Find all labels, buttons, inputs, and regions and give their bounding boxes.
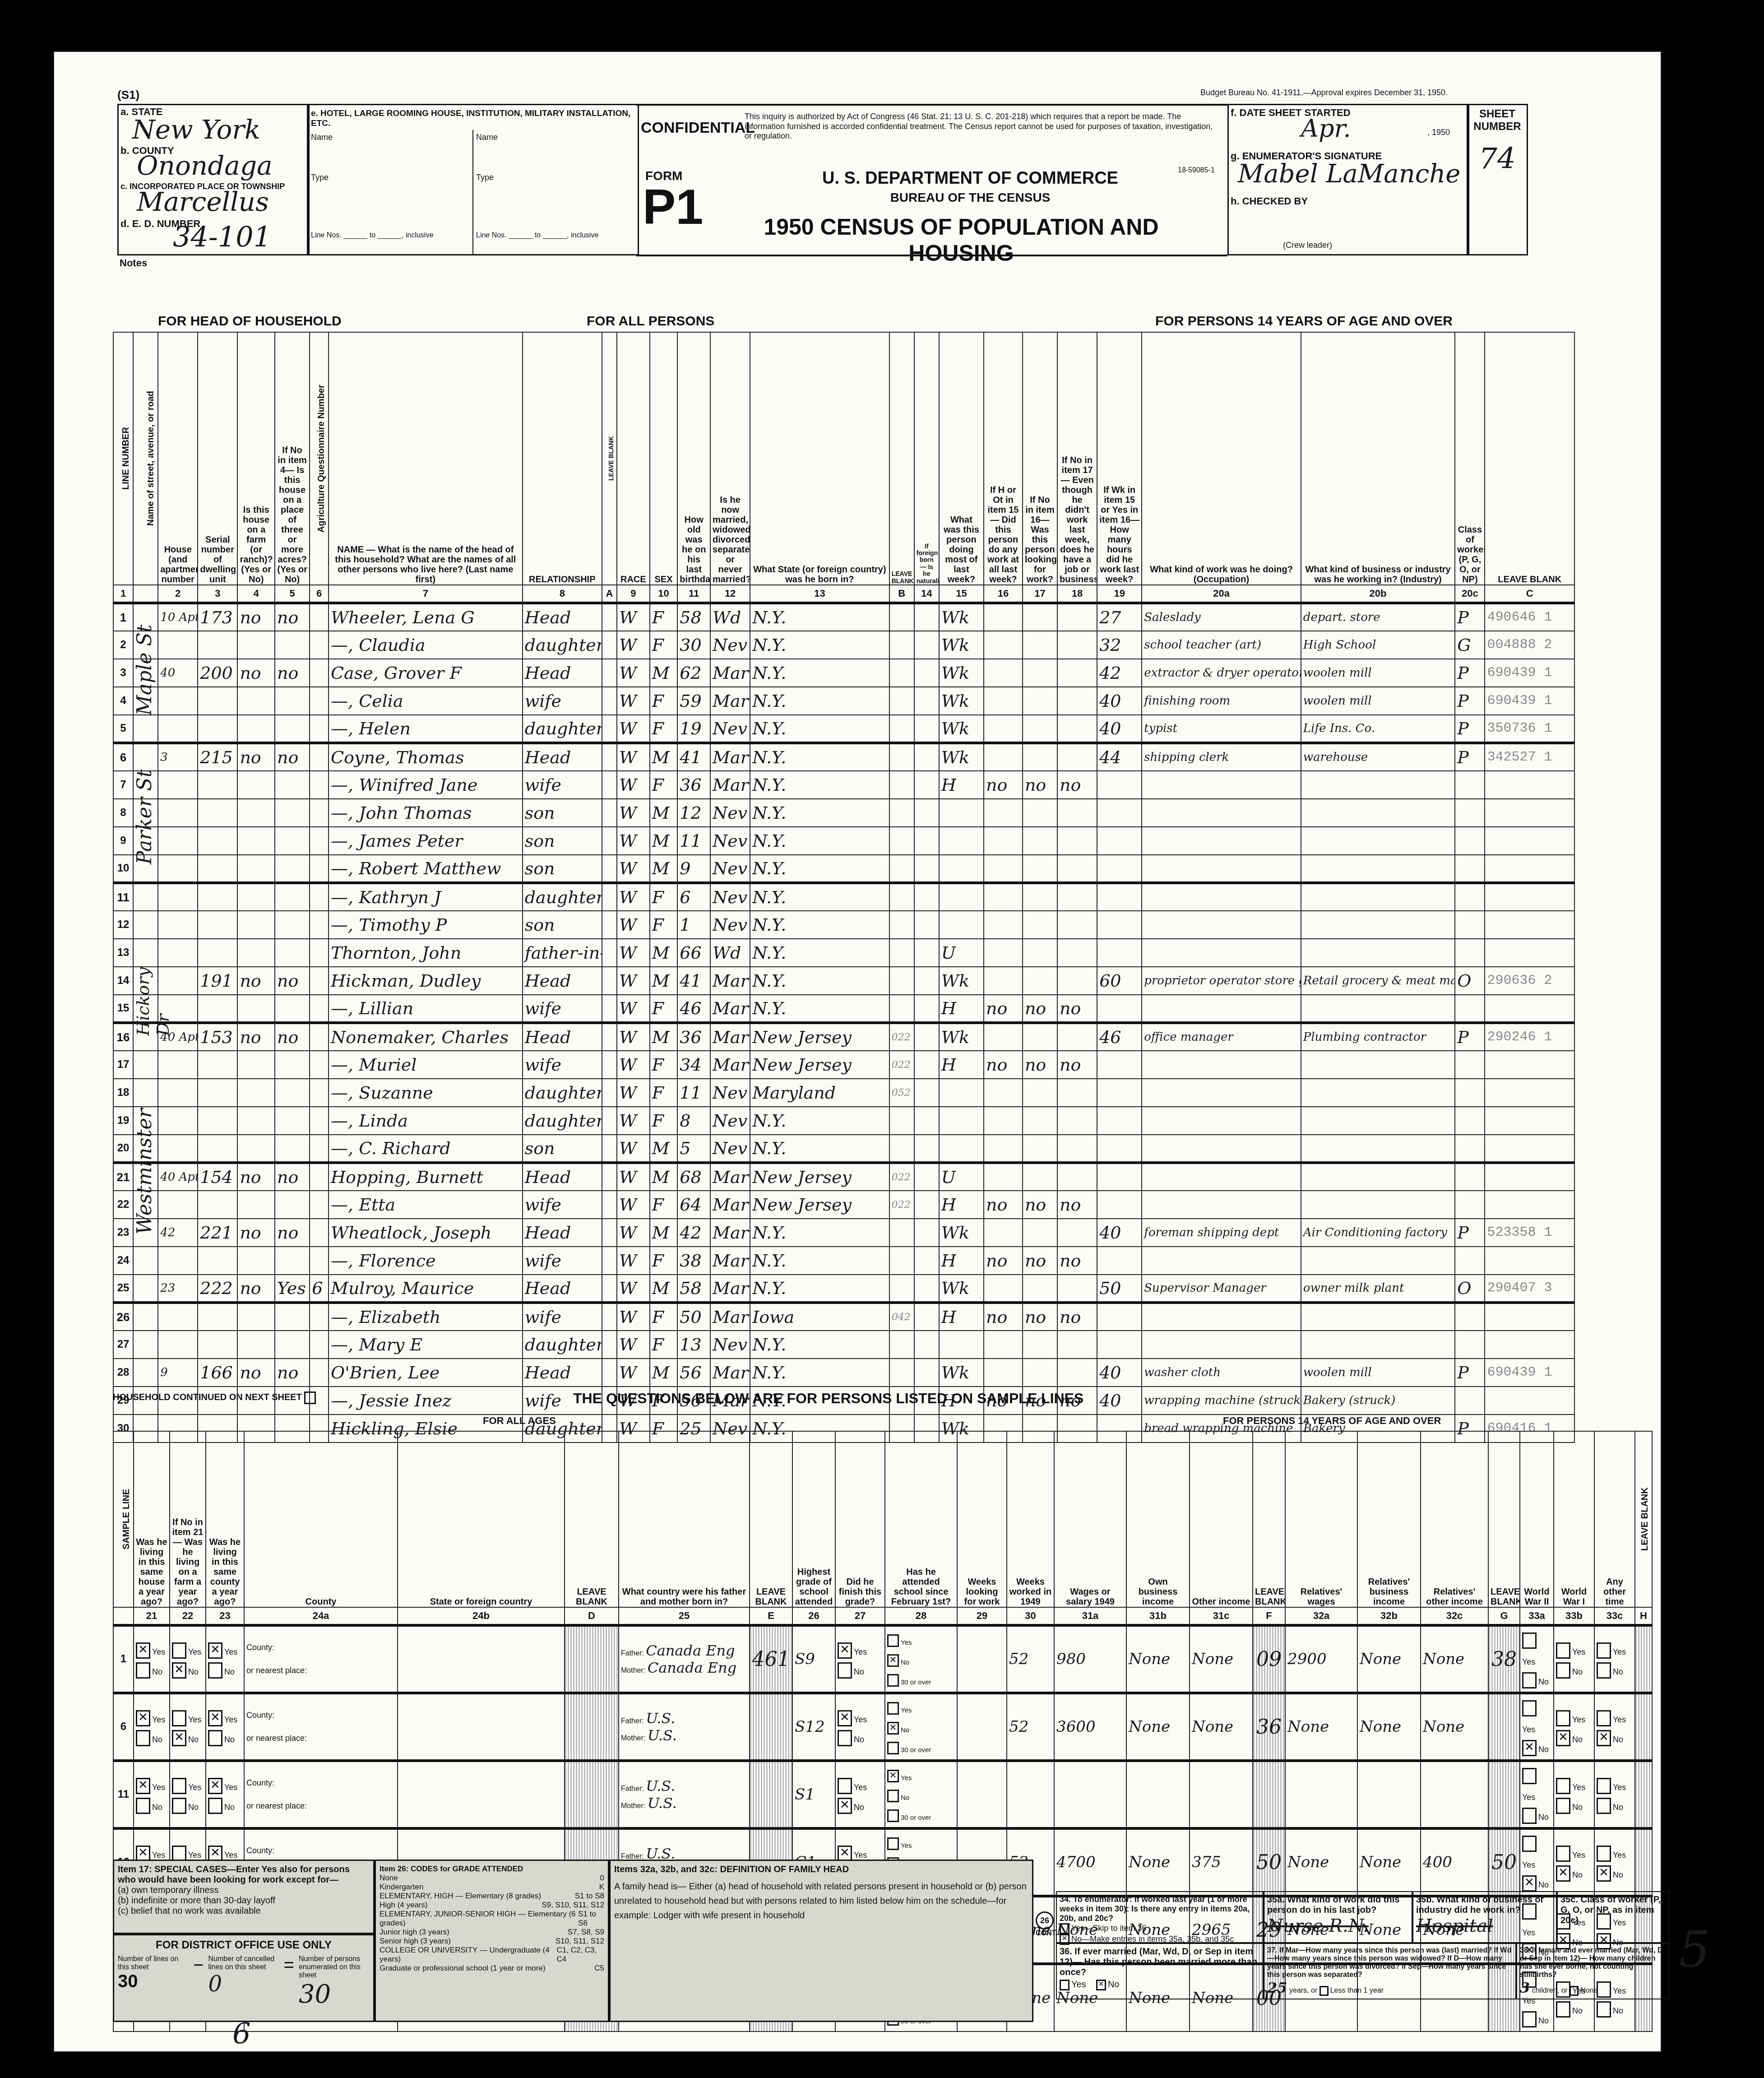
- col-num: 10: [650, 585, 678, 603]
- special-case-c: (c) belief that no work was available: [118, 1906, 370, 1916]
- industry-code: [1485, 855, 1574, 883]
- series-code: (S1): [117, 88, 139, 102]
- leave-blank-a: [602, 1247, 617, 1275]
- table-row: 10—, Robert MatthewsonWM9NevN.Y.: [113, 855, 1574, 883]
- table-row: 20—, C. RichardsonWM5NevN.Y.: [113, 1135, 1574, 1163]
- grade-cell: S9: [792, 1625, 835, 1693]
- business-cell: None: [1126, 1693, 1190, 1761]
- sex-cell: M: [650, 1219, 678, 1247]
- job-cell: [1057, 687, 1097, 715]
- q22-checkbox-cell[interactable]: Yes✕No: [170, 1625, 206, 1693]
- col-15: What was this person doing most of last …: [939, 332, 984, 585]
- hours-cell: [1097, 855, 1142, 883]
- scol-sample: SAMPLE LINE: [113, 1431, 134, 1607]
- q38-none-label: None: [1580, 1987, 1597, 1995]
- ww1-checkbox-cell[interactable]: YesNo: [1554, 1625, 1594, 1693]
- hours-cell: 27: [1097, 603, 1142, 631]
- race-cell: W: [617, 631, 650, 659]
- q38-suffix: children, or: [1532, 1987, 1568, 1995]
- race-cell: W: [617, 603, 650, 631]
- birthplace-cell: N.Y.: [750, 1275, 889, 1303]
- business-cell: None: [1126, 1625, 1190, 1693]
- street-name-parker: Parker St: [133, 729, 156, 864]
- occupation-cell: [1142, 1107, 1301, 1135]
- attended-school-cell[interactable]: Yes✕No30 or over: [885, 1625, 957, 1693]
- acres-cell: no: [275, 603, 310, 631]
- industry-code: [1485, 1107, 1574, 1135]
- acres-cell: [275, 855, 310, 883]
- leave-blank-a: [602, 743, 617, 771]
- house-cell: 42: [158, 1219, 198, 1247]
- industry-cell: [1301, 771, 1455, 799]
- looking-cell: no: [1023, 1247, 1057, 1275]
- looking-cell: [1023, 1107, 1057, 1135]
- industry-code: 342527 1: [1485, 743, 1574, 771]
- worked-cell: [984, 1023, 1023, 1051]
- birthplace-cell: N.Y.: [750, 715, 889, 743]
- serial-cell: [198, 1107, 237, 1135]
- race-cell: W: [617, 799, 650, 827]
- industry-code: [1485, 939, 1574, 967]
- weeks-looking-cell: [957, 1761, 1007, 1828]
- rel-cell: Head: [523, 659, 602, 687]
- table-row: 14191nonoHickman, DudleyHeadWM41MarN.Y.W…: [113, 967, 1574, 995]
- hours-cell: [1097, 1107, 1142, 1135]
- marital-cell: Wd: [710, 939, 750, 967]
- looking-cell: [1023, 967, 1057, 995]
- scol-24b: State or foreign country: [398, 1431, 565, 1607]
- acres-cell: [275, 1079, 310, 1107]
- grade-codes-title: Item 26: CODES for GRADE ATTENDED: [380, 1865, 604, 1874]
- b-cell: 022: [889, 1051, 914, 1079]
- looking-cell: [1023, 631, 1057, 659]
- section-14-lower: FOR PERSONS 14 YEARS OF AGE AND OVER: [1223, 1415, 1441, 1427]
- marital-cell: Mar: [710, 659, 750, 687]
- house-cell: [158, 1303, 198, 1331]
- birthplace-cell: N.Y.: [750, 799, 889, 827]
- industry-cell: Retail grocery & meat market: [1301, 967, 1455, 995]
- sample-col-num: F: [1253, 1607, 1285, 1625]
- table-row: 24—, FlorencewifeWF38MarN.Y.Hnonono: [113, 1247, 1574, 1275]
- line-number: 2: [113, 631, 133, 659]
- q23-checkbox-cell[interactable]: ✕YesNo: [206, 1693, 244, 1761]
- form-title: 1950 CENSUS OF POPULATION AND HOUSING: [736, 214, 1187, 266]
- b-cell: [889, 855, 914, 883]
- leave-blank-a: [602, 883, 617, 911]
- age-cell: 41: [677, 967, 710, 995]
- other-cell: 375: [1190, 1828, 1253, 1896]
- other_service-checkbox-cell[interactable]: Yes✕No: [1594, 1693, 1635, 1761]
- q21-checkbox-cell[interactable]: ✕YesNo: [134, 1693, 170, 1761]
- weeks-worked-cell: 52: [1007, 1693, 1054, 1761]
- birthplace-cell: N.Y.: [750, 631, 889, 659]
- other_service-checkbox-cell[interactable]: YesNo: [1594, 1625, 1635, 1693]
- leave-blank-a: [602, 827, 617, 855]
- marital-cell: Mar: [710, 1023, 750, 1051]
- agri-cell: [310, 883, 329, 911]
- finished-checkbox-cell[interactable]: Yes✕No: [835, 1761, 885, 1828]
- industry-cell: [1301, 855, 1455, 883]
- q36-box: 36. If ever married (Mar, Wd, D, or Sep …: [1056, 1943, 1264, 1999]
- sex-cell: M: [650, 827, 678, 855]
- nat-cell: [914, 883, 939, 911]
- hours-cell: [1097, 995, 1142, 1023]
- leave-blank-a: [602, 1359, 617, 1387]
- job-cell: [1057, 1107, 1097, 1135]
- leave-blank-a: [602, 1191, 617, 1219]
- class-cell: [1455, 1135, 1485, 1163]
- occupation-cell: [1142, 1303, 1301, 1331]
- marital-cell: Mar: [710, 771, 750, 799]
- occupation-cell: proprietor operator store grocery & meat…: [1142, 967, 1301, 995]
- sample-lines-title: THE QUESTIONS BELOW ARE FOR PERSONS LIST…: [573, 1390, 1083, 1407]
- leave-blank-a: [602, 1275, 617, 1303]
- acres-cell: [275, 687, 310, 715]
- industry-code: [1485, 1079, 1574, 1107]
- hotel-label: e. HOTEL, LARGE ROOMING HOUSE, INSTITUTI…: [311, 109, 638, 129]
- other_service-checkbox-cell[interactable]: YesNo: [1594, 1761, 1635, 1828]
- industry-cell: [1301, 1191, 1455, 1219]
- nat-cell: [914, 659, 939, 687]
- agri-cell: [310, 1135, 329, 1163]
- leave-blank-a: [602, 939, 617, 967]
- leave-blank-a: [602, 715, 617, 743]
- name-cell: Nonemaker, Charles: [329, 1023, 523, 1051]
- acres-cell: [275, 911, 310, 939]
- q36-yes-checkbox[interactable]: [1060, 1980, 1070, 1990]
- line-number: 21: [113, 1163, 133, 1191]
- leave-blank-a: [602, 1023, 617, 1051]
- farm-cell: [237, 1191, 275, 1219]
- grade-code-label: Graduate or professional school (1 year …: [380, 1964, 546, 1973]
- hours-cell: [1097, 1247, 1142, 1275]
- table-row: 22—, EttawifeWF64MarNew Jersey022Hnonono: [113, 1191, 1574, 1219]
- line-number: 15: [113, 995, 133, 1023]
- activity-cell: [939, 911, 984, 939]
- occupation-cell: [1142, 855, 1301, 883]
- other_service-checkbox-cell[interactable]: Yes✕No: [1594, 1828, 1635, 1896]
- leave-blank-f: [1253, 1761, 1285, 1828]
- worked-cell: [984, 659, 1023, 687]
- age-cell: 30: [677, 631, 710, 659]
- scol-28: Has he attended school since February 1s…: [885, 1431, 957, 1607]
- family-head-box: Items 32a, 32b, and 32c: DEFINITION OF F…: [609, 1860, 1033, 2022]
- grade-code-label: Kindergarten: [380, 1883, 423, 1892]
- q23-checkbox-cell[interactable]: ✕YesNo: [206, 1761, 244, 1828]
- sex-cell: F: [650, 1051, 678, 1079]
- race-cell: W: [617, 1163, 650, 1191]
- agri-cell: [310, 995, 329, 1023]
- table-row: 110 Apts173nonoWheeler, Lena GHeadWF58Wd…: [113, 603, 1574, 631]
- scol-d: LEAVE BLANK: [565, 1431, 619, 1607]
- activity-cell: H: [939, 1051, 984, 1079]
- sex-cell: F: [650, 1303, 678, 1331]
- q37-suffix: years, or: [1289, 1987, 1317, 1995]
- q21-checkbox-cell[interactable]: ✕YesNo: [134, 1761, 170, 1828]
- leave-blank-d: [565, 1761, 619, 1828]
- line-number: 23: [113, 1219, 133, 1247]
- rel-wages-cell: [1285, 1761, 1357, 1828]
- looking-cell: no: [1023, 1303, 1057, 1331]
- activity-cell: [939, 1331, 984, 1359]
- industry-code: [1485, 771, 1574, 799]
- farm-cell: [237, 1247, 275, 1275]
- col-9: RACE: [617, 332, 650, 585]
- sample-col-num: G: [1488, 1607, 1520, 1625]
- col-num: 12: [710, 585, 750, 603]
- rel-other-cell: None: [1421, 1693, 1488, 1761]
- class-cell: [1455, 939, 1485, 967]
- job-cell: [1057, 799, 1097, 827]
- sex-cell: M: [650, 1023, 678, 1051]
- ww2-checkbox-cell[interactable]: YesNo: [1520, 1761, 1554, 1828]
- worked-cell: [984, 743, 1023, 771]
- b-cell: [889, 799, 914, 827]
- hours-cell: 60: [1097, 967, 1142, 995]
- agri-cell: [310, 1359, 329, 1387]
- serial-cell: [198, 1135, 237, 1163]
- class-cell: [1455, 1163, 1485, 1191]
- race-cell: W: [617, 743, 650, 771]
- serial-cell: 153: [198, 1023, 237, 1051]
- serial-cell: 221: [198, 1219, 237, 1247]
- nat-cell: [914, 1359, 939, 1387]
- q34-yes-checkbox[interactable]: [1060, 1923, 1070, 1934]
- marital-cell: Mar: [710, 995, 750, 1023]
- grade-code: S7, S8, S9: [568, 1928, 604, 1937]
- sex-cell: F: [650, 603, 678, 631]
- looking-cell: [1023, 939, 1057, 967]
- grade-cell: S12: [792, 1693, 835, 1761]
- occupation-cell: washer cloth: [1142, 1359, 1301, 1387]
- finished-checkbox-cell[interactable]: ✕YesNo: [835, 1693, 885, 1761]
- nat-cell: [914, 1107, 939, 1135]
- b-cell: [889, 1275, 914, 1303]
- worked-cell: [984, 687, 1023, 715]
- sex-cell: M: [650, 855, 678, 883]
- ww1-checkbox-cell[interactable]: Yes✕No: [1554, 1828, 1594, 1896]
- hotel-lines-label-1: Line Nos. ______ to ______, inclusive: [311, 232, 433, 240]
- serial-cell: 173: [198, 603, 237, 631]
- farm-cell: [237, 855, 275, 883]
- sample-header-row: SAMPLE LINE Was he living in this same h…: [113, 1431, 1652, 1607]
- q35b-box: 35b. What kind of business or industry d…: [1412, 1891, 1557, 1943]
- looking-cell: [1023, 855, 1057, 883]
- acres-cell: [275, 1303, 310, 1331]
- date-year: , 1950: [1427, 128, 1450, 137]
- ww2-checkbox-cell[interactable]: YesNo: [1520, 1625, 1554, 1693]
- age-cell: 46: [677, 995, 710, 1023]
- line-number: 7: [113, 771, 133, 799]
- leave-blank-d: [565, 1625, 619, 1693]
- census-sheet: (S1) a. STATE New York b. COUNTY Onondag…: [54, 52, 1661, 2051]
- column-number-row: 1 2 3 4 5 6 7 8 A 9 10 11 12 13 B 14 15 …: [113, 585, 1574, 603]
- county-value: Onondaga: [137, 150, 273, 181]
- hours-cell: 50: [1097, 1275, 1142, 1303]
- col-num: C: [1485, 585, 1574, 603]
- grade-code-label: None: [380, 1874, 398, 1883]
- serial-cell: [198, 1247, 237, 1275]
- other-cell: [1190, 1761, 1253, 1828]
- rel-cell: wife: [523, 1247, 602, 1275]
- looking-cell: [1023, 827, 1057, 855]
- rel-cell: daughter: [523, 1079, 602, 1107]
- attended-school-cell[interactable]: ✕YesNo30 or over: [885, 1761, 957, 1828]
- place-value: Marcellus: [137, 186, 269, 217]
- acres-cell: [275, 1107, 310, 1135]
- household-continued-checkbox[interactable]: [304, 1392, 316, 1404]
- race-cell: W: [617, 911, 650, 939]
- farm-cell: [237, 1331, 275, 1359]
- birthplace-cell: N.Y.: [750, 771, 889, 799]
- house-cell: [158, 1191, 198, 1219]
- sample-col-num: 31b: [1126, 1607, 1190, 1625]
- ww2-checkbox-cell[interactable]: Yes✕No: [1520, 1828, 1554, 1896]
- worked-cell: [984, 631, 1023, 659]
- marital-cell: Mar: [710, 1163, 750, 1191]
- serial-cell: 166: [198, 1359, 237, 1387]
- worked-cell: [984, 1275, 1023, 1303]
- ww1-checkbox-cell[interactable]: YesNo: [1554, 1761, 1594, 1828]
- industry-cell: woolen mill: [1301, 687, 1455, 715]
- race-cell: W: [617, 1219, 650, 1247]
- parents-birthplace-cell: Father: Canada EngMother: Canada Eng: [619, 1625, 750, 1693]
- industry-code: 350736 1: [1485, 715, 1574, 743]
- birthplace-cell: N.Y.: [750, 967, 889, 995]
- col-17: If No in item 16— Was this person lookin…: [1023, 332, 1057, 585]
- b-cell: [889, 715, 914, 743]
- father-birthplace: U.S.: [646, 1777, 675, 1795]
- q36-no-checkbox[interactable]: ✕: [1096, 1980, 1106, 1990]
- industry-code: 290636 2: [1485, 967, 1574, 995]
- q38-value: 3: [1520, 1979, 1530, 1996]
- col-num: 13: [750, 585, 889, 603]
- q35b-value: Hospital: [1416, 1916, 1553, 1936]
- industry-cell: [1301, 1303, 1455, 1331]
- birthplace-cell: Iowa: [750, 1303, 889, 1331]
- job-cell: no: [1057, 1191, 1097, 1219]
- marital-cell: Nev: [710, 883, 750, 911]
- looking-cell: no: [1023, 771, 1057, 799]
- birthplace-cell: N.Y.: [750, 911, 889, 939]
- attended-school-cell[interactable]: Yes✕No30 or over: [885, 1693, 957, 1761]
- activity-cell: Wk: [939, 1023, 984, 1051]
- nat-cell: [914, 715, 939, 743]
- industry-code: [1485, 799, 1574, 827]
- q37-box: 37. If Mar—How many years since this per…: [1264, 1943, 1516, 1999]
- class-cell: [1455, 1051, 1485, 1079]
- q37-less-checkbox[interactable]: [1320, 1986, 1329, 1996]
- agri-cell: [310, 631, 329, 659]
- race-cell: W: [617, 967, 650, 995]
- sheet-info-box: f. DATE SHEET STARTED Apr. , 1950 g. ENU…: [1227, 104, 1469, 255]
- worked-cell: [984, 883, 1023, 911]
- hours-cell: 46: [1097, 1023, 1142, 1051]
- industry-cell: owner milk plant: [1301, 1275, 1455, 1303]
- sex-cell: M: [650, 659, 678, 687]
- house-cell: [158, 799, 198, 827]
- activity-cell: Wk: [939, 743, 984, 771]
- industry-cell: [1301, 1163, 1455, 1191]
- job-cell: [1057, 1079, 1097, 1107]
- class-cell: [1455, 799, 1485, 827]
- agri-cell: 6: [310, 1275, 329, 1303]
- occupation-cell: Saleslady: [1142, 603, 1301, 631]
- b-cell: [889, 1331, 914, 1359]
- cont-label: CONT.: [1036, 1930, 1054, 1938]
- col-2: House (and apartment) number: [158, 332, 198, 585]
- name-cell: —, Winifred Jane: [329, 771, 523, 799]
- grade-code: S9, S10, S11, S12: [542, 1901, 604, 1910]
- race-cell: W: [617, 883, 650, 911]
- col-16: If H or Ot in item 15— Did this person d…: [984, 332, 1023, 585]
- activity-cell: H: [939, 1247, 984, 1275]
- father-birthplace: Canada Eng: [646, 1642, 735, 1659]
- age-cell: 9: [677, 855, 710, 883]
- q22-checkbox-cell[interactable]: YesNo: [170, 1761, 206, 1828]
- occupation-cell: typist: [1142, 715, 1301, 743]
- grade-code-label: COLLEGE OR UNIVERSITY — Undergraduate (4…: [380, 1946, 556, 1964]
- hours-cell: 40: [1097, 1359, 1142, 1387]
- col-num: A: [602, 585, 617, 603]
- class-cell: [1455, 1107, 1485, 1135]
- q23-checkbox-cell[interactable]: ✕YesNo: [206, 1625, 244, 1693]
- other-cell: None: [1190, 1693, 1253, 1761]
- name-cell: —, John Thomas: [329, 799, 523, 827]
- form-code: 18-59085-1: [1178, 167, 1215, 175]
- scol-32a: Relatives' wages: [1285, 1431, 1357, 1607]
- acres-cell: [275, 799, 310, 827]
- name-cell: —, Muriel: [329, 1051, 523, 1079]
- col-street: Name of street, avenue, or road: [133, 332, 158, 585]
- industry-code: 690439 1: [1485, 687, 1574, 715]
- col-num: 2: [158, 585, 198, 603]
- q21-checkbox-cell[interactable]: ✕YesNo: [134, 1625, 170, 1693]
- col-num: 11: [677, 585, 710, 603]
- agri-cell: [310, 1331, 329, 1359]
- form-number: P1: [643, 182, 704, 232]
- finished-checkbox-cell[interactable]: ✕YesNo: [835, 1625, 885, 1693]
- farm-cell: [237, 715, 275, 743]
- industry-cell: woolen mill: [1301, 659, 1455, 687]
- sample-col-num: 30: [1007, 1607, 1054, 1625]
- q22-checkbox-cell[interactable]: Yes✕No: [170, 1693, 206, 1761]
- sex-cell: M: [650, 743, 678, 771]
- date-value: Apr.: [1301, 114, 1351, 143]
- scol-32b: Relatives' business income: [1357, 1431, 1421, 1607]
- activity-cell: [939, 883, 984, 911]
- line-number: 17: [113, 1051, 133, 1079]
- rel-cell: wife: [523, 995, 602, 1023]
- b-cell: 042: [889, 1303, 914, 1331]
- industry-code: 690439 1: [1485, 1359, 1574, 1387]
- q38-none-checkbox[interactable]: [1570, 1986, 1579, 1996]
- grade-code-label: Junior high (3 years): [380, 1928, 449, 1937]
- col-5: If No in item 4— Is this house on a plac…: [275, 332, 310, 585]
- rel-business-cell: None: [1357, 1693, 1421, 1761]
- job-cell: [1057, 1275, 1097, 1303]
- ww2-checkbox-cell[interactable]: Yes✕No: [1520, 1693, 1554, 1761]
- scol-32c: Relatives' other income: [1421, 1431, 1488, 1607]
- sex-cell: F: [650, 715, 678, 743]
- b-cell: [889, 911, 914, 939]
- serial-cell: [198, 1051, 237, 1079]
- activity-cell: H: [939, 1303, 984, 1331]
- line-number: 24: [113, 1247, 133, 1275]
- col-18: If No in item 17— Even though he didn't …: [1057, 332, 1097, 585]
- ww1-checkbox-cell[interactable]: Yes✕No: [1554, 1693, 1594, 1761]
- col-c: LEAVE BLANK: [1485, 332, 1574, 585]
